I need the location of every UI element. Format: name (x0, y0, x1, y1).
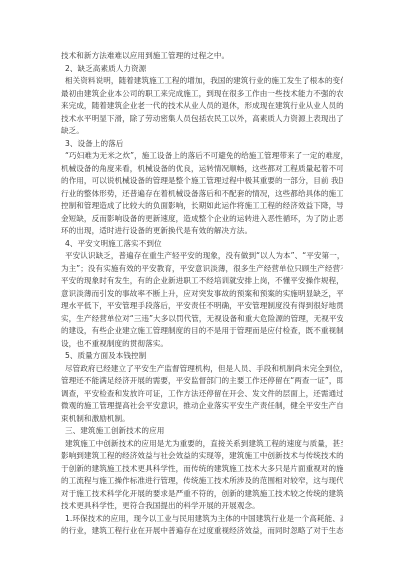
text-line: 机械设备的角度来看，机械设备的优良，运转情况顺畅，这些都对工程质量起着不可估量 (61, 163, 343, 176)
paragraph-first-line: 1.环保技术的应用，现今以工业与民用建筑为主体的中国建筑行业是一个高耗能、高污染 (61, 513, 343, 526)
text-line: 管理还不能满足经济开展的需要，平安监督部门的主要工作还停留在“两查一证”，即事故 (61, 375, 343, 388)
text-line: 缺乏。 (61, 125, 343, 138)
paragraph-first-line: 平安认识缺乏，普遍存在重生产轻平安的现象，没有做到“以人为本”、“平安第一，预防 (61, 250, 343, 263)
text-line: 为主”；没有实施有效的平安教育，平安意识淡薄，很多生产经营单位只顾生产经营不顾 (61, 263, 343, 276)
text-line: 调查，平安检查和发放许可证，工作方法还停留在开会、发文件的层面上，还需通过宏观和 (61, 388, 343, 401)
text-line: 实，生产经营单位对“三违”大多以罚代管，无视设备和重大危险源的管理，无视平安设施 (61, 313, 343, 326)
text-line: 金短缺，反而影响设备的更新速度，造成整个企业的运转进入恶性循环，为了防止恶性循 (61, 213, 343, 226)
text-line: 的建设，有些企业建立施工管理制度的目的不是用于管理而是应付检查，既不重视制度建 (61, 325, 343, 338)
text-line: 环的出现，适时进行设备的更新换代是有效的解决方法。 (61, 225, 343, 238)
text-line: 意识淡薄而引发的事故率不断上升，应对突发事故的预案和预案的实施明显缺乏，平安管 (61, 288, 343, 301)
text-line: 控制和管理造成了比较大的负面影响，长期如此运作将施工工程的经济效益下降，导致资 (61, 200, 343, 213)
text-line: 微观的施工管理提高社会平安意识，推动企业落实平安生产责任制，健全平安生产自我约 (61, 400, 343, 413)
text-line: 理水平低下，平安管理手段落后，平安责任不明确，平安管理制度没有得到很好地贯彻落 (61, 300, 343, 313)
text-line: 的作用，可以说机械设备的管理是整个施工管理过程中极其重要的一部分，目前 我国建筑 (61, 175, 343, 188)
paragraph-first-line: “巧妇难为无米之炊”，施工设备上的落后不可避免的给施工管理带来了一定的难度，从 (61, 150, 343, 163)
text-line: 行业的整体形势，还普遍存在着机械设备落后和不配套的情况，这些都给具体的施工质量 (61, 188, 343, 201)
section-heading: 三、建筑施工创新技术的应用 (61, 425, 343, 438)
text-line: 影响到建筑工程的经济效益与社会效益的实现等，建筑施工中创新技术与传统技术的区别在 (61, 450, 343, 463)
text-line: 技术和新方法难难以应用到施工管理的过程之中。 (61, 50, 343, 63)
text-line: 技术水平明显下滑，除了劳动密集人员包括农民工以外，高素质人力资源上表现出了明显的 (61, 113, 343, 126)
text-line: 束机制和激励机制。 (61, 413, 343, 426)
text-line: 的行业，建筑工程行业在开展中普遍存在过度重视经济效益，而同时忽略了对于生态环境 (61, 525, 343, 538)
section-heading: 3、设备上的落后 (61, 138, 343, 151)
text-line: 对于施工技术科学化开展的要求是严重不符的，创新的建筑施工技术较之传统的建筑施工 (61, 488, 343, 501)
text-line: 的工流程与施工操作标准进行管理，传统施工技术所涉及的范围相对较窄，这与现代建筑 (61, 475, 343, 488)
document-body: 技术和新方法难难以应用到施工管理的过程之中。2、缺乏高素质人力资源相关资料说明，… (61, 50, 343, 538)
section-heading: 2、缺乏高素质人力资源 (61, 63, 343, 76)
text-line: 设，也不重视制度的贯彻落实。 (61, 338, 343, 351)
document-page: 技术和新方法难难以应用到施工管理的过程之中。2、缺乏高素质人力资源相关资料说明，… (0, 0, 400, 566)
section-heading: 5、质量方面及本钱控制 (61, 350, 343, 363)
paragraph-first-line: 相关资料说明，随着建筑施工工程的增加，我国的建筑行业的施工发生了根本的变化，从 (61, 75, 343, 88)
paragraph-first-line: 建筑施工中创新技术的应用是尤为重要的，直接关系到建筑工程的速度与质量，甚至直接 (61, 438, 343, 451)
text-line: 平安的现象时有发生，有的企业新进职工不经培训就安排上岗，不懂平安操作规程，平安 (61, 275, 343, 288)
text-line: 最初由建筑企业本公司的职工来完成施工，到现在很多工作由一些技术能力不强的农民工 (61, 88, 343, 101)
text-line: 于创新的建筑施工技术更具科学性，而传统的建筑施工技术大多只是片面重视对的施工方、 (61, 463, 343, 476)
text-line: 技术更具科学性，更符合我国提出的科学开展的开展观念。 (61, 500, 343, 513)
section-heading: 4、平安文明施工落实不到位 (61, 238, 343, 251)
paragraph-first-line: 尽管政府已经建立了平安生产监督管理机构，但是人员、手段和机制尚未完全到位，监督 (61, 363, 343, 376)
text-line: 来完成，随着建筑企业老一代的技术从业人员的退休，形成现在建筑行业从业人员的整体 (61, 100, 343, 113)
